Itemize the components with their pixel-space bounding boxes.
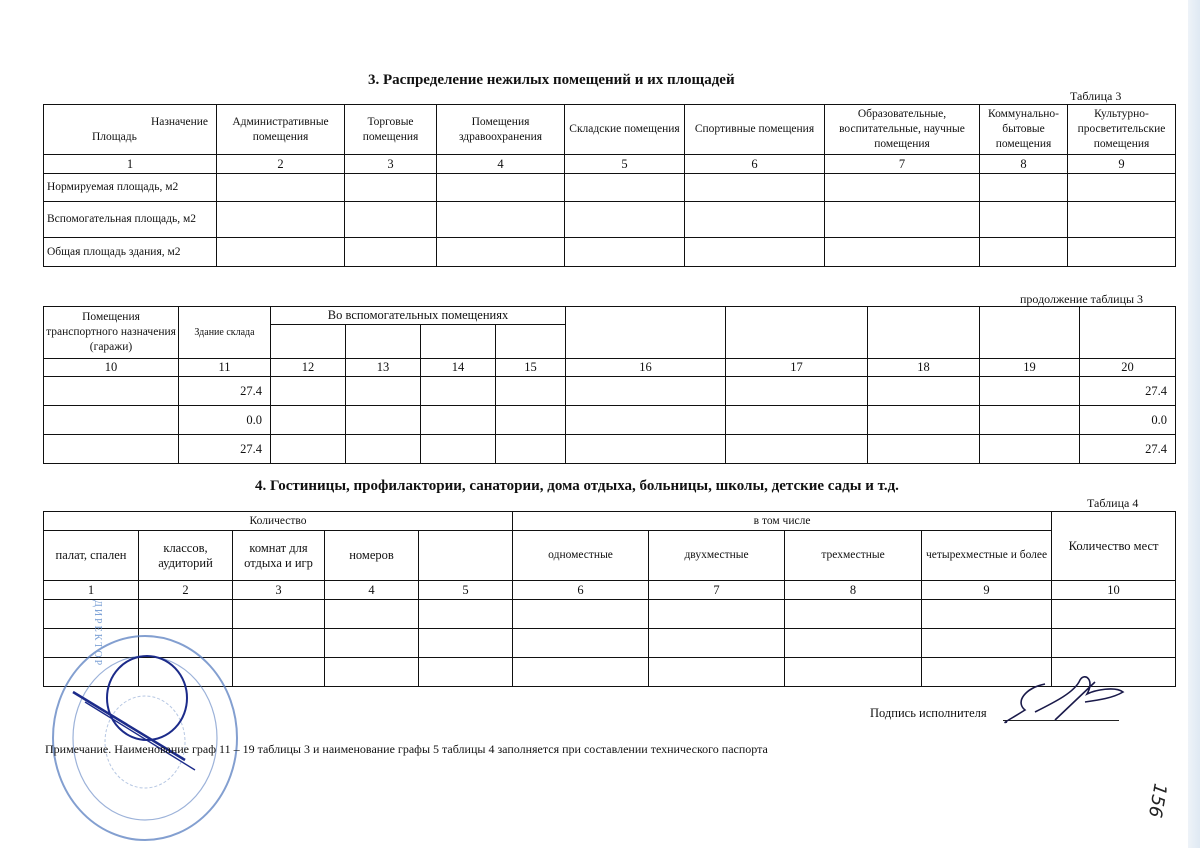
section4-title: 4. Гостиницы, профилактории, санатории, … <box>255 478 899 495</box>
cell <box>566 406 726 435</box>
cell <box>566 435 726 464</box>
column-header: Образовательные, воспитательные, научные… <box>825 105 980 155</box>
cell <box>217 238 345 267</box>
cell <box>980 238 1068 267</box>
table-row: Вспомогательная площадь, м2 <box>44 202 1176 238</box>
cell <box>785 600 922 629</box>
cell <box>980 435 1080 464</box>
column-number: 3 <box>233 581 325 600</box>
cell <box>513 658 649 687</box>
cell <box>271 435 346 464</box>
cell <box>685 202 825 238</box>
column-header: двухместные <box>649 531 785 581</box>
cell <box>868 406 980 435</box>
cell <box>785 629 922 658</box>
cell <box>726 406 868 435</box>
cell <box>217 202 345 238</box>
column-header <box>271 325 346 359</box>
column-number: 9 <box>922 581 1052 600</box>
column-number: 11 <box>179 359 271 377</box>
table-row: Нормируемая площадь, м2 <box>44 174 1176 202</box>
column-header: Здание склада <box>179 307 271 359</box>
cell <box>1068 238 1176 267</box>
cell <box>649 658 785 687</box>
column-header: четырехместные и более <box>922 531 1052 581</box>
column-number: 1 <box>44 581 139 600</box>
cell <box>566 377 726 406</box>
cell <box>419 600 513 629</box>
table-row: 27.4 27.4 <box>44 435 1176 464</box>
column-number: 14 <box>421 359 496 377</box>
section3-title: 3. Распределение нежилых помещений и их … <box>368 72 735 89</box>
column-header <box>346 325 421 359</box>
cell <box>437 174 565 202</box>
cell <box>345 238 437 267</box>
cell <box>345 174 437 202</box>
column-number: 4 <box>437 155 565 174</box>
column-number: 19 <box>980 359 1080 377</box>
column-number: 17 <box>726 359 868 377</box>
cell <box>421 435 496 464</box>
cell <box>726 377 868 406</box>
cell <box>980 202 1068 238</box>
signature-scribble-icon <box>995 672 1135 732</box>
column-header <box>1080 307 1176 359</box>
cell <box>346 435 421 464</box>
cell <box>44 406 179 435</box>
column-header <box>421 325 496 359</box>
cell <box>233 629 325 658</box>
table3-continuation: Помещения транспортного назначения (гара… <box>43 306 1176 464</box>
cell <box>1068 174 1176 202</box>
cell: 27.4 <box>179 377 271 406</box>
column-header <box>980 307 1080 359</box>
cell <box>685 174 825 202</box>
official-stamp-icon <box>45 620 245 845</box>
column-header: комнат для отдыха и игр <box>233 531 325 581</box>
cell <box>868 377 980 406</box>
column-header: Складские помещения <box>565 105 685 155</box>
column-number: 8 <box>785 581 922 600</box>
column-number: 6 <box>685 155 825 174</box>
cell <box>726 435 868 464</box>
cell: 27.4 <box>1080 435 1176 464</box>
column-number: 1 <box>44 155 217 174</box>
cell <box>1068 202 1176 238</box>
column-number: 16 <box>566 359 726 377</box>
cell <box>1052 600 1176 629</box>
column-number: 10 <box>1052 581 1176 600</box>
table3-label: Таблица 3 <box>1070 89 1121 104</box>
cell <box>217 174 345 202</box>
cell <box>1052 629 1176 658</box>
column-number: 7 <box>825 155 980 174</box>
column-header: одноместные <box>513 531 649 581</box>
row-label: Вспомогательная площадь, м2 <box>44 202 217 238</box>
scan-edge <box>1188 0 1200 848</box>
aux-group-header: Во вспомогательных помещениях <box>271 307 566 325</box>
cell <box>346 377 421 406</box>
cell <box>685 238 825 267</box>
cell <box>980 174 1068 202</box>
cell <box>419 658 513 687</box>
cell <box>922 629 1052 658</box>
cell <box>496 377 566 406</box>
column-header: Количество мест <box>1052 512 1176 581</box>
cell <box>496 435 566 464</box>
cell <box>421 406 496 435</box>
cell <box>565 202 685 238</box>
cell <box>825 174 980 202</box>
column-header: палат, спален <box>44 531 139 581</box>
cell <box>825 202 980 238</box>
stamp-text-vertical: ДИРЕКТОР <box>92 600 103 667</box>
row-label: Общая площадь здания, м2 <box>44 238 217 267</box>
column-header <box>496 325 566 359</box>
cell <box>346 406 421 435</box>
header-corner: Назначение Площадь <box>44 105 217 155</box>
column-number: 18 <box>868 359 980 377</box>
column-header: Коммунально-бытовые помещения <box>980 105 1068 155</box>
column-header: Помещения здравоохранения <box>437 105 565 155</box>
header-corner-top: Назначение <box>52 115 208 130</box>
column-number: 2 <box>217 155 345 174</box>
cell <box>325 658 419 687</box>
cell <box>233 658 325 687</box>
column-header: трехместные <box>785 531 922 581</box>
table3-continuation-label: продолжение таблицы 3 <box>1020 292 1143 307</box>
cell <box>565 238 685 267</box>
cell <box>44 377 179 406</box>
cell <box>271 406 346 435</box>
cell <box>513 629 649 658</box>
signature-label: Подпись исполнителя <box>870 706 987 721</box>
cell <box>345 202 437 238</box>
table-row: 27.4 27.4 <box>44 377 1176 406</box>
cell <box>437 202 565 238</box>
column-number: 13 <box>346 359 421 377</box>
cell <box>421 377 496 406</box>
cell <box>980 406 1080 435</box>
cell <box>419 629 513 658</box>
column-number: 10 <box>44 359 179 377</box>
cell <box>785 658 922 687</box>
cell <box>565 174 685 202</box>
table-row: Общая площадь здания, м2 <box>44 238 1176 267</box>
page-number: 156 <box>1144 782 1171 819</box>
cell <box>980 377 1080 406</box>
cell <box>825 238 980 267</box>
group-header-count: Количество <box>44 512 513 531</box>
column-header <box>419 531 513 581</box>
column-header <box>868 307 980 359</box>
column-number: 12 <box>271 359 346 377</box>
row-label: Нормируемая площадь, м2 <box>44 174 217 202</box>
cell: 0.0 <box>1080 406 1176 435</box>
cell <box>271 377 346 406</box>
column-header: классов, аудиторий <box>139 531 233 581</box>
column-number: 6 <box>513 581 649 600</box>
column-number: 4 <box>325 581 419 600</box>
table-row: 0.0 0.0 <box>44 406 1176 435</box>
column-header: Спортивные помещения <box>685 105 825 155</box>
cell <box>649 600 785 629</box>
column-number: 20 <box>1080 359 1176 377</box>
cell <box>437 238 565 267</box>
cell <box>325 629 419 658</box>
cell: 27.4 <box>1080 377 1176 406</box>
column-header <box>726 307 868 359</box>
cell <box>496 406 566 435</box>
cell <box>44 435 179 464</box>
column-header: Помещения транспортного назначения (гара… <box>44 307 179 359</box>
column-number: 5 <box>565 155 685 174</box>
cell: 0.0 <box>179 406 271 435</box>
cell <box>649 629 785 658</box>
column-number: 15 <box>496 359 566 377</box>
cell <box>868 435 980 464</box>
column-number: 3 <box>345 155 437 174</box>
column-header: Торговые помещения <box>345 105 437 155</box>
cell <box>233 600 325 629</box>
column-number: 2 <box>139 581 233 600</box>
cell <box>922 600 1052 629</box>
table4-label: Таблица 4 <box>1087 496 1138 511</box>
column-header: Административные помещения <box>217 105 345 155</box>
column-header: номеров <box>325 531 419 581</box>
column-number: 9 <box>1068 155 1176 174</box>
column-number: 5 <box>419 581 513 600</box>
cell <box>325 600 419 629</box>
footnote: Примечание. Наименование граф 11 – 19 та… <box>45 742 768 757</box>
column-header: Культурно-просветительские помещения <box>1068 105 1176 155</box>
column-header <box>566 307 726 359</box>
group-header-including: в том числе <box>513 512 1052 531</box>
cell <box>513 600 649 629</box>
header-corner-bottom: Площадь <box>52 130 208 145</box>
column-number: 8 <box>980 155 1068 174</box>
table3: Назначение Площадь Административные поме… <box>43 104 1176 267</box>
column-number: 7 <box>649 581 785 600</box>
cell: 27.4 <box>179 435 271 464</box>
